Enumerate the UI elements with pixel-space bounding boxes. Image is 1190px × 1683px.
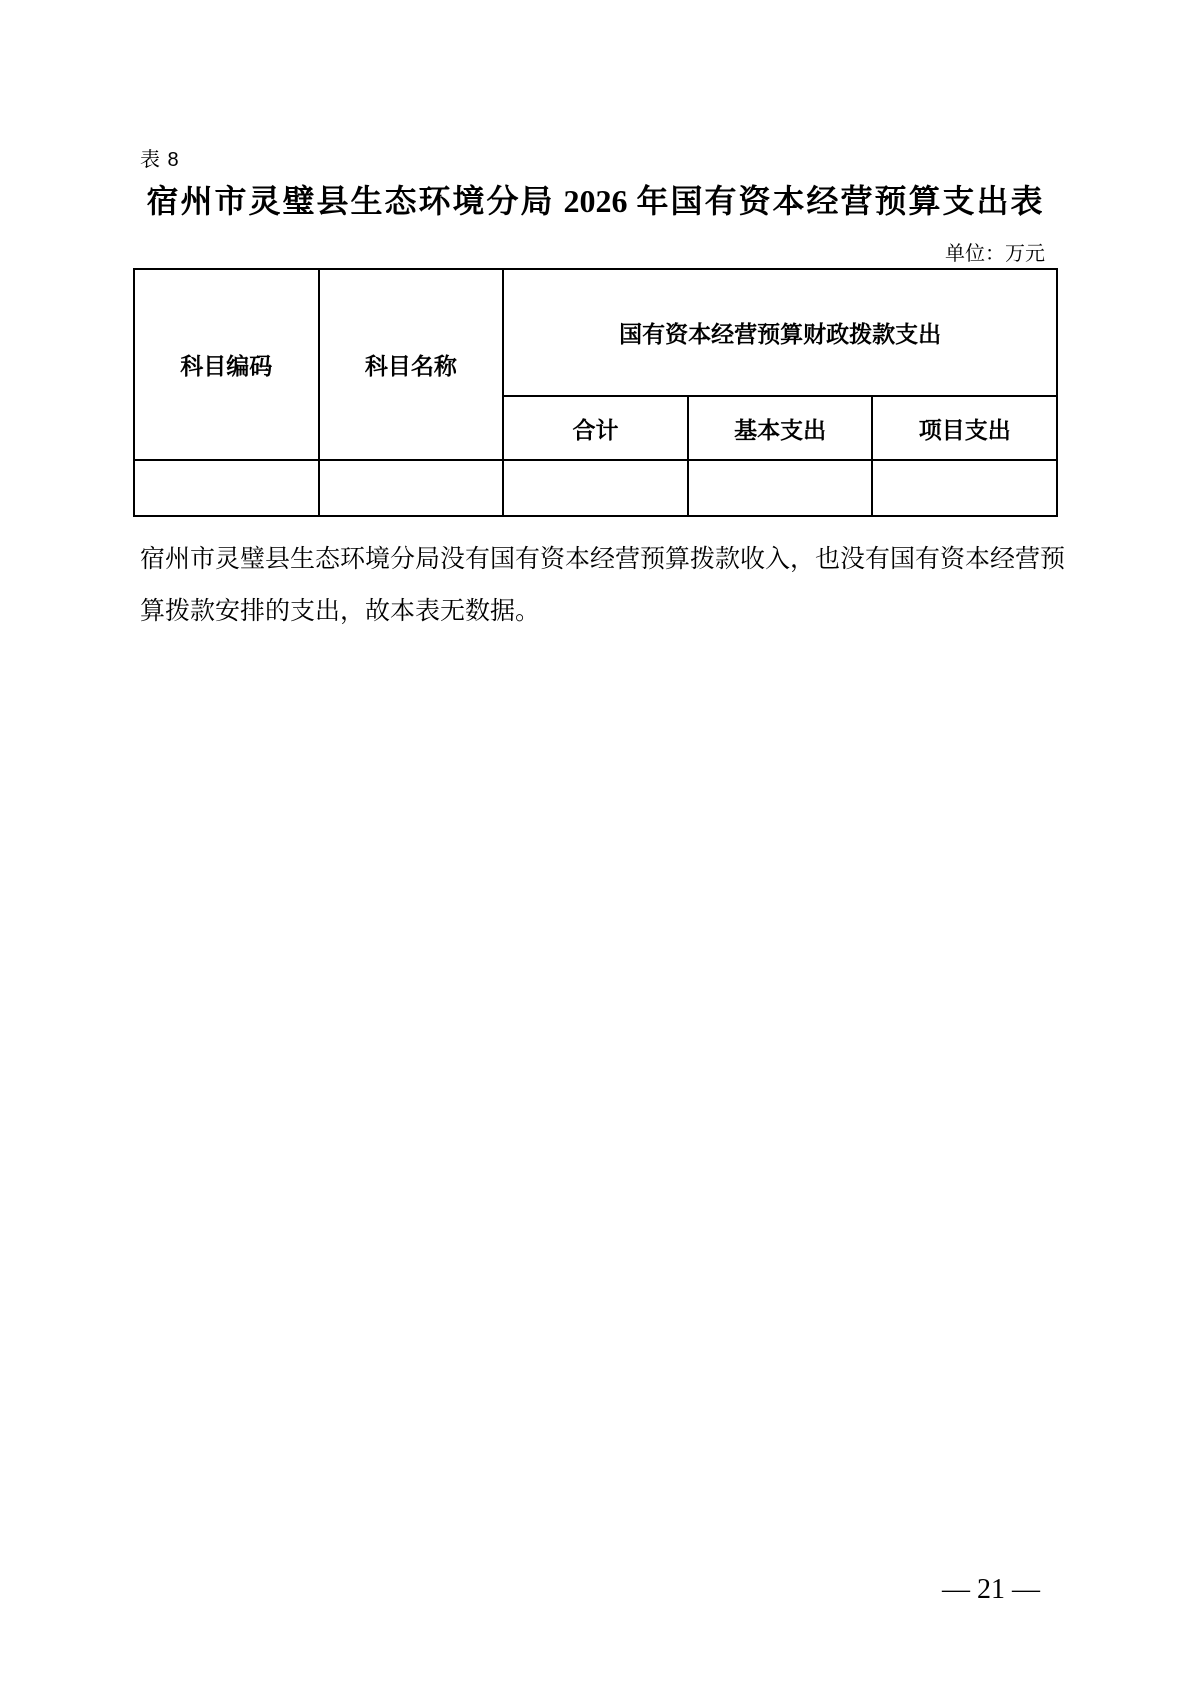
header-total: 合计 <box>503 396 688 460</box>
title-prefix: 宿州市灵璧县生态环境分局 <box>146 183 554 219</box>
header-basic-expenditure: 基本支出 <box>688 396 873 460</box>
title-year: 2026 <box>564 183 628 219</box>
cell-subject-name <box>319 460 504 516</box>
document-title: 宿州市灵璧县生态环境分局2026年国有资本经营预算支出表 <box>133 176 1058 222</box>
header-subject-name: 科目名称 <box>319 269 504 460</box>
note-line-2: 算拨款安排的支出，故本表无数据。 <box>140 585 1070 637</box>
note-paragraph: 宿州市灵璧县生态环境分局没有国有资本经营预算拨款收入，也没有国有资本经营预 算拨… <box>140 533 1070 637</box>
document-page: 表 8 宿州市灵璧县生态环境分局2026年国有资本经营预算支出表 单位：万元 科… <box>0 0 1190 1683</box>
title-suffix: 年国有资本经营预算支出表 <box>637 183 1045 219</box>
unit-label: 单位：万元 <box>133 237 1045 266</box>
cell-basic-expenditure <box>688 460 873 516</box>
table-header-row-top: 科目编码 科目名称 国有资本经营预算财政拨款支出 <box>134 269 1057 396</box>
header-group-expenditure: 国有资本经营预算财政拨款支出 <box>503 269 1057 396</box>
cell-subject-code <box>134 460 319 516</box>
page-number: — 21 — <box>891 1574 1091 1606</box>
note-line-1: 宿州市灵璧县生态环境分局没有国有资本经营预算拨款收入，也没有国有资本经营预 <box>140 533 1070 585</box>
table-number-label: 表 8 <box>140 143 180 172</box>
cell-project-expenditure <box>872 460 1057 516</box>
header-project-expenditure: 项目支出 <box>872 396 1057 460</box>
table-row <box>134 460 1057 516</box>
header-subject-code: 科目编码 <box>134 269 319 460</box>
cell-total <box>503 460 688 516</box>
budget-table: 科目编码 科目名称 国有资本经营预算财政拨款支出 合计 基本支出 项目支出 <box>133 268 1058 517</box>
